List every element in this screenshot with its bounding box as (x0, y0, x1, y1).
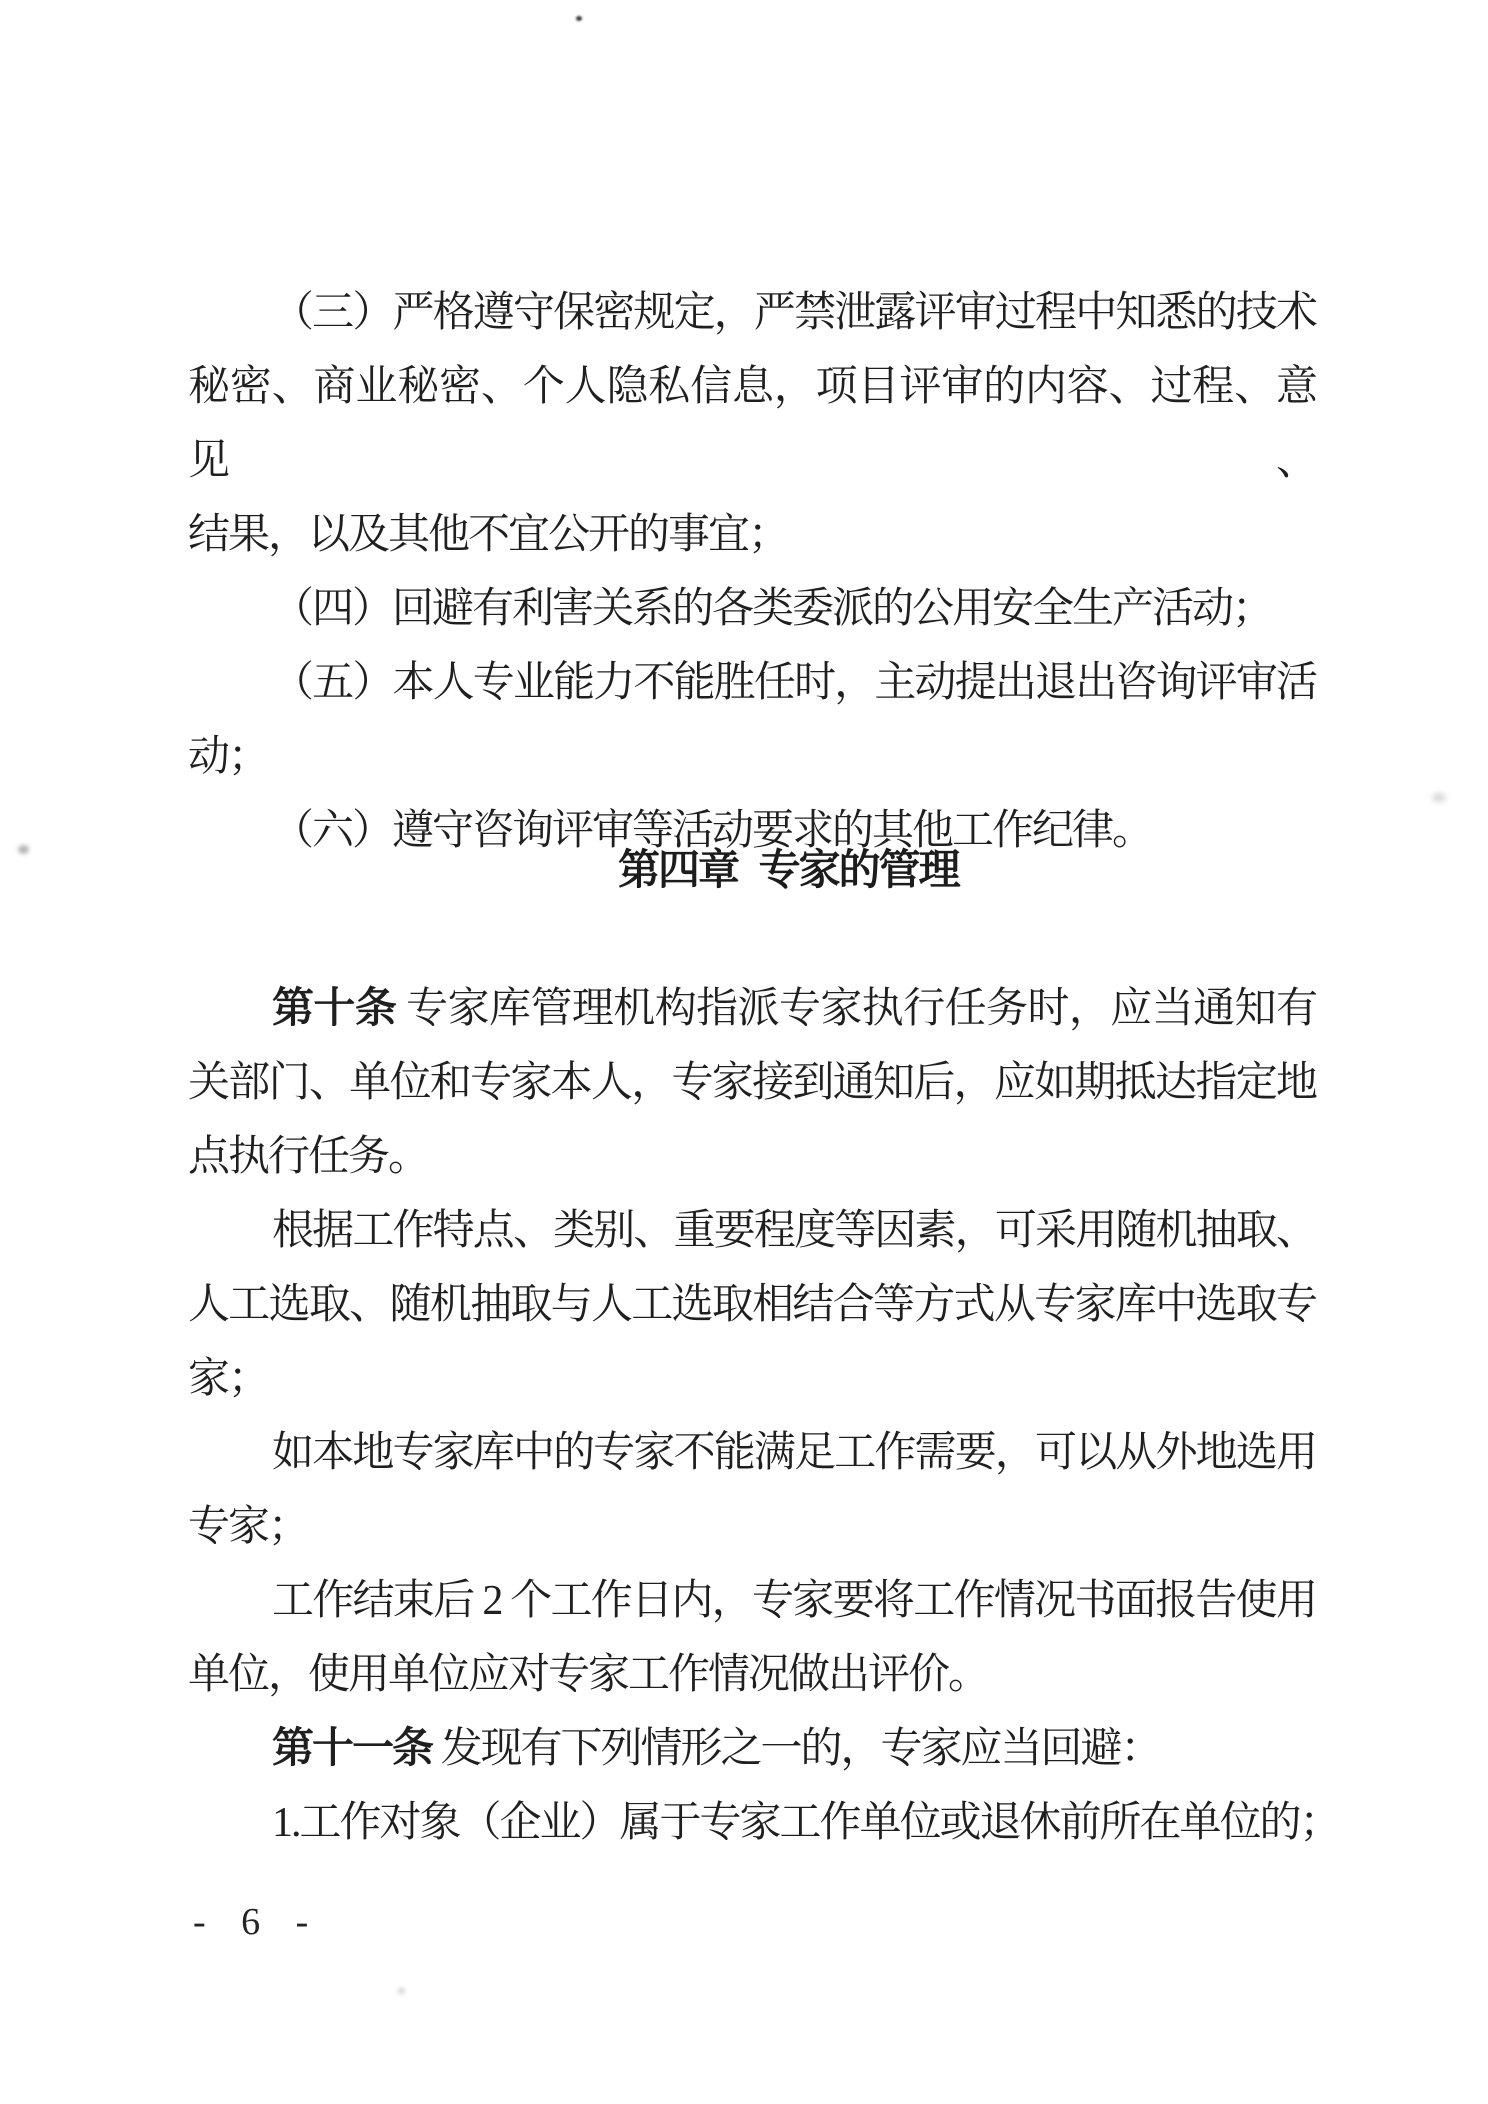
text-line: 点执行任务。 (188, 1120, 1316, 1194)
text-line: 动； (188, 720, 1316, 794)
text-line: （三）严格遵守保密规定，严禁泄露评审过程中知悉的技术 (188, 276, 1316, 350)
scan-speck (18, 845, 29, 854)
text-line: 单位，使用单位应对专家工作情况做出评价。 (188, 1638, 1316, 1712)
paragraph-block-chapter-four: 第十条 专家库管理机构指派专家执行任务时，应当通知有关部门、单位和专家本人，专家… (188, 972, 1316, 1860)
text-line: （五）本人专业能力不能胜任时，主动提出退出咨询评审活 (188, 646, 1316, 720)
text-line: 根据工作特点、类别、重要程度等因素，可采用随机抽取、 (188, 1194, 1316, 1268)
article-number: 第十一条 (272, 1726, 432, 1772)
text-line: 工作结束后 2 个工作日内，专家要将工作情况书面报告使用 (188, 1564, 1316, 1638)
chapter-heading: 第四章 专家的管理 (618, 833, 959, 907)
paragraph-block-obligations: （三）严格遵守保密规定，严禁泄露评审过程中知悉的技术秘密、商业秘密、个人隐私信息… (188, 276, 1316, 868)
scan-speck (1432, 793, 1446, 802)
scan-speck (398, 1988, 405, 1994)
article-number: 第十条 (272, 986, 396, 1032)
text-line: 家； (188, 1342, 1316, 1416)
text-line: 第十条 专家库管理机构指派专家执行任务时，应当通知有 (188, 972, 1316, 1046)
text-line: 第十一条 发现有下列情形之一的，专家应当回避： (188, 1712, 1316, 1786)
text-line: （四）回避有利害关系的各类委派的公用安全生产活动； (188, 572, 1316, 646)
text-line: 关部门、单位和专家本人，专家接到通知后，应如期抵达指定地 (188, 1046, 1316, 1120)
text-line: 专家； (188, 1490, 1316, 1564)
text-line: 1.工作对象（企业）属于专家工作单位或退休前所在单位的； (188, 1786, 1316, 1860)
scan-speck (576, 16, 582, 21)
text-line: 人工选取、随机抽取与人工选取相结合等方式从专家库中选取专 (188, 1268, 1316, 1342)
text-line: 如本地专家库中的专家不能满足工作需要，可以从外地选用 (188, 1416, 1316, 1490)
text-line: 秘密、商业秘密、个人隐私信息，项目评审的内容、过程、意见、 (188, 350, 1316, 498)
page-number: - 6 - (193, 1900, 318, 1944)
scanned-document-page: （三）严格遵守保密规定，严禁泄露评审过程中知悉的技术秘密、商业秘密、个人隐私信息… (0, 0, 1488, 2104)
text-line: 结果，以及其他不宜公开的事宜； (188, 498, 1316, 572)
